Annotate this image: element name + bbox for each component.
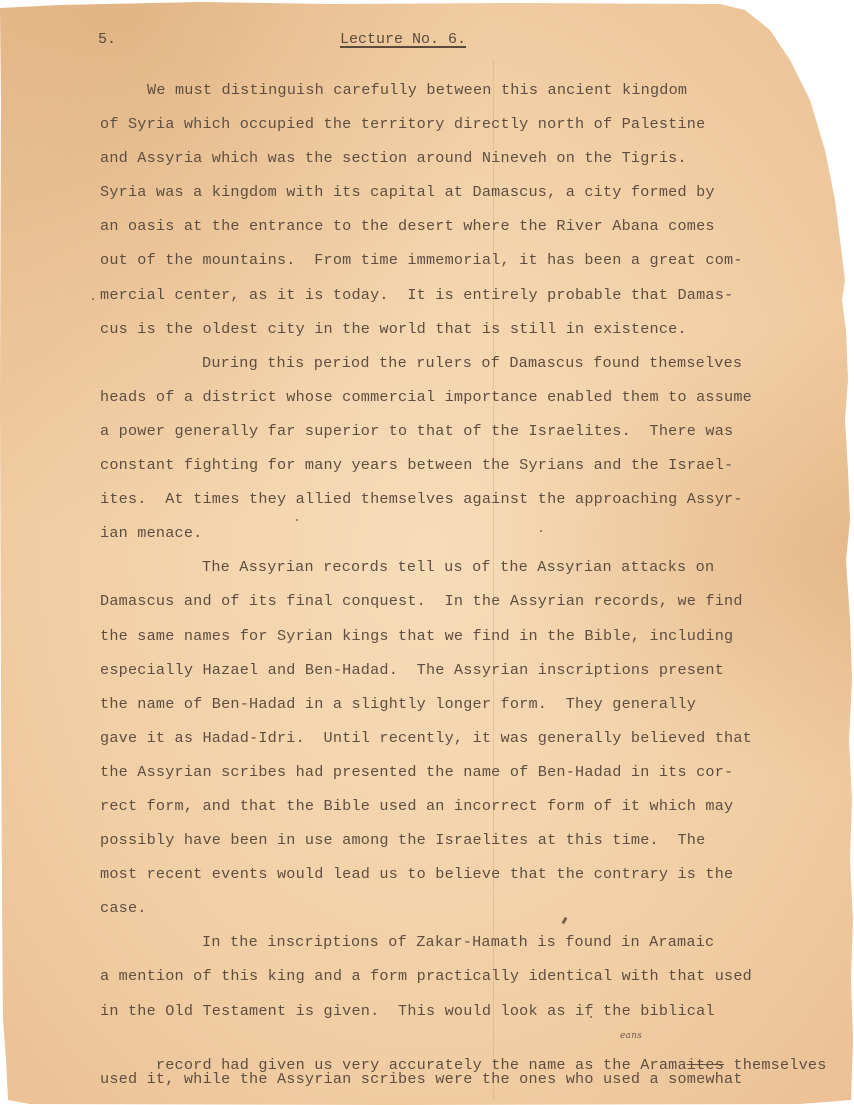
text-line: ites. At times they allied themselves ag… [100,489,854,523]
text-line: cus is the oldest city in the world that… [100,319,854,353]
ink-speck [92,298,94,300]
text-line: a mention of this king and a form practi… [100,966,854,1000]
ink-speck [296,519,298,521]
typewritten-page: 5. Lecture No. 6. We must distinguish ca… [0,0,854,1105]
text-line: the Assyrian scribes had presented the n… [100,762,854,796]
text-line: We must distinguish carefully between th… [100,80,854,114]
text-segment: themselves [724,1056,826,1074]
text-line: The Assyrian records tell us of the Assy… [100,557,854,591]
text-line: ian menace. [100,523,854,557]
text-line: gave it as Hadad-Idri. Until recently, i… [100,728,854,762]
text-line: During this period the rulers of Damascu… [100,353,854,387]
text-line: constant fighting for many years between… [100,455,854,489]
text-line-with-correction: record had given us very accurately the … [100,1035,854,1069]
page-title: Lecture No. 6. [340,31,466,48]
text-line: in the Old Testament is given. This woul… [100,1001,854,1035]
page-header: 5. Lecture No. 6. [0,31,854,55]
text-segment: record had given us very accurately the … [156,1056,687,1074]
text-line: of Syria which occupied the territory di… [100,114,854,148]
text-line: Damascus and of its final conquest. In t… [100,591,854,625]
struck-text: ites [687,1056,724,1074]
text-line: heads of a district whose commercial imp… [100,387,854,421]
page-number: 5. [98,31,116,48]
text-line: rect form, and that the Bible used an in… [100,796,854,830]
body-text: We must distinguish carefully between th… [100,80,854,1103]
text-line: a power generally far superior to that o… [100,421,854,455]
handwritten-correction: eans [620,1026,642,1046]
text-line: possibly have been in use among the Isra… [100,830,854,864]
text-line: Syria was a kingdom with its capital at … [100,182,854,216]
text-line: case. [100,898,854,932]
text-line: and Assyria which was the section around… [100,148,854,182]
text-line: the name of Ben-Hadad in a slightly long… [100,694,854,728]
ink-speck [540,530,542,532]
text-line: most recent events would lead us to beli… [100,864,854,898]
text-line: out of the mountains. From time immemori… [100,250,854,284]
text-line: mercial center, as it is today. It is en… [100,285,854,319]
text-line: an oasis at the entrance to the desert w… [100,216,854,250]
text-line: the same names for Syrian kings that we … [100,626,854,660]
ink-speck [590,1016,592,1018]
text-line: In the inscriptions of Zakar-Hamath is f… [100,932,854,966]
text-line: especially Hazael and Ben-Hadad. The Ass… [100,660,854,694]
